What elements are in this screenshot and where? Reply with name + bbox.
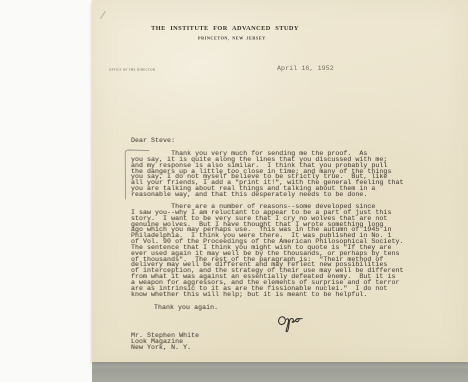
text-line: New York, N. Y. [131,345,199,351]
salutation: Dear Steve: [131,137,175,144]
scanned-letter-screenshot: { "letterhead": { "title": "THE INSTITUT… [0,0,468,382]
letterhead-office-line: OFFICE OF THE DIRECTOR [109,68,155,72]
closing-line: Thank you again. [154,304,218,311]
letter-paper: THE INSTITUTE FOR ADVANCED STUDY PRINCET… [92,0,468,362]
letter-date: April 16, 1952 [277,65,334,72]
recipient-address: Mr. Stephen WhiteLook MagazineNew York, … [131,333,199,351]
text-line: know whether this will help; but it is m… [131,292,403,298]
pencil-corner-mark [100,11,111,22]
signature-opje: Opje [274,310,320,344]
paragraph-1: Thank you very much for sending me the p… [131,151,403,198]
paragraph-2: There are a number of reasons--some deve… [131,204,403,298]
letterhead-subtitle: PRINCETON, NEW JERSEY [198,36,266,41]
letterhead-title: THE INSTITUTE FOR ADVANCED STUDY [92,25,358,32]
text-line: reasonable way, and that this desperatel… [131,192,403,198]
